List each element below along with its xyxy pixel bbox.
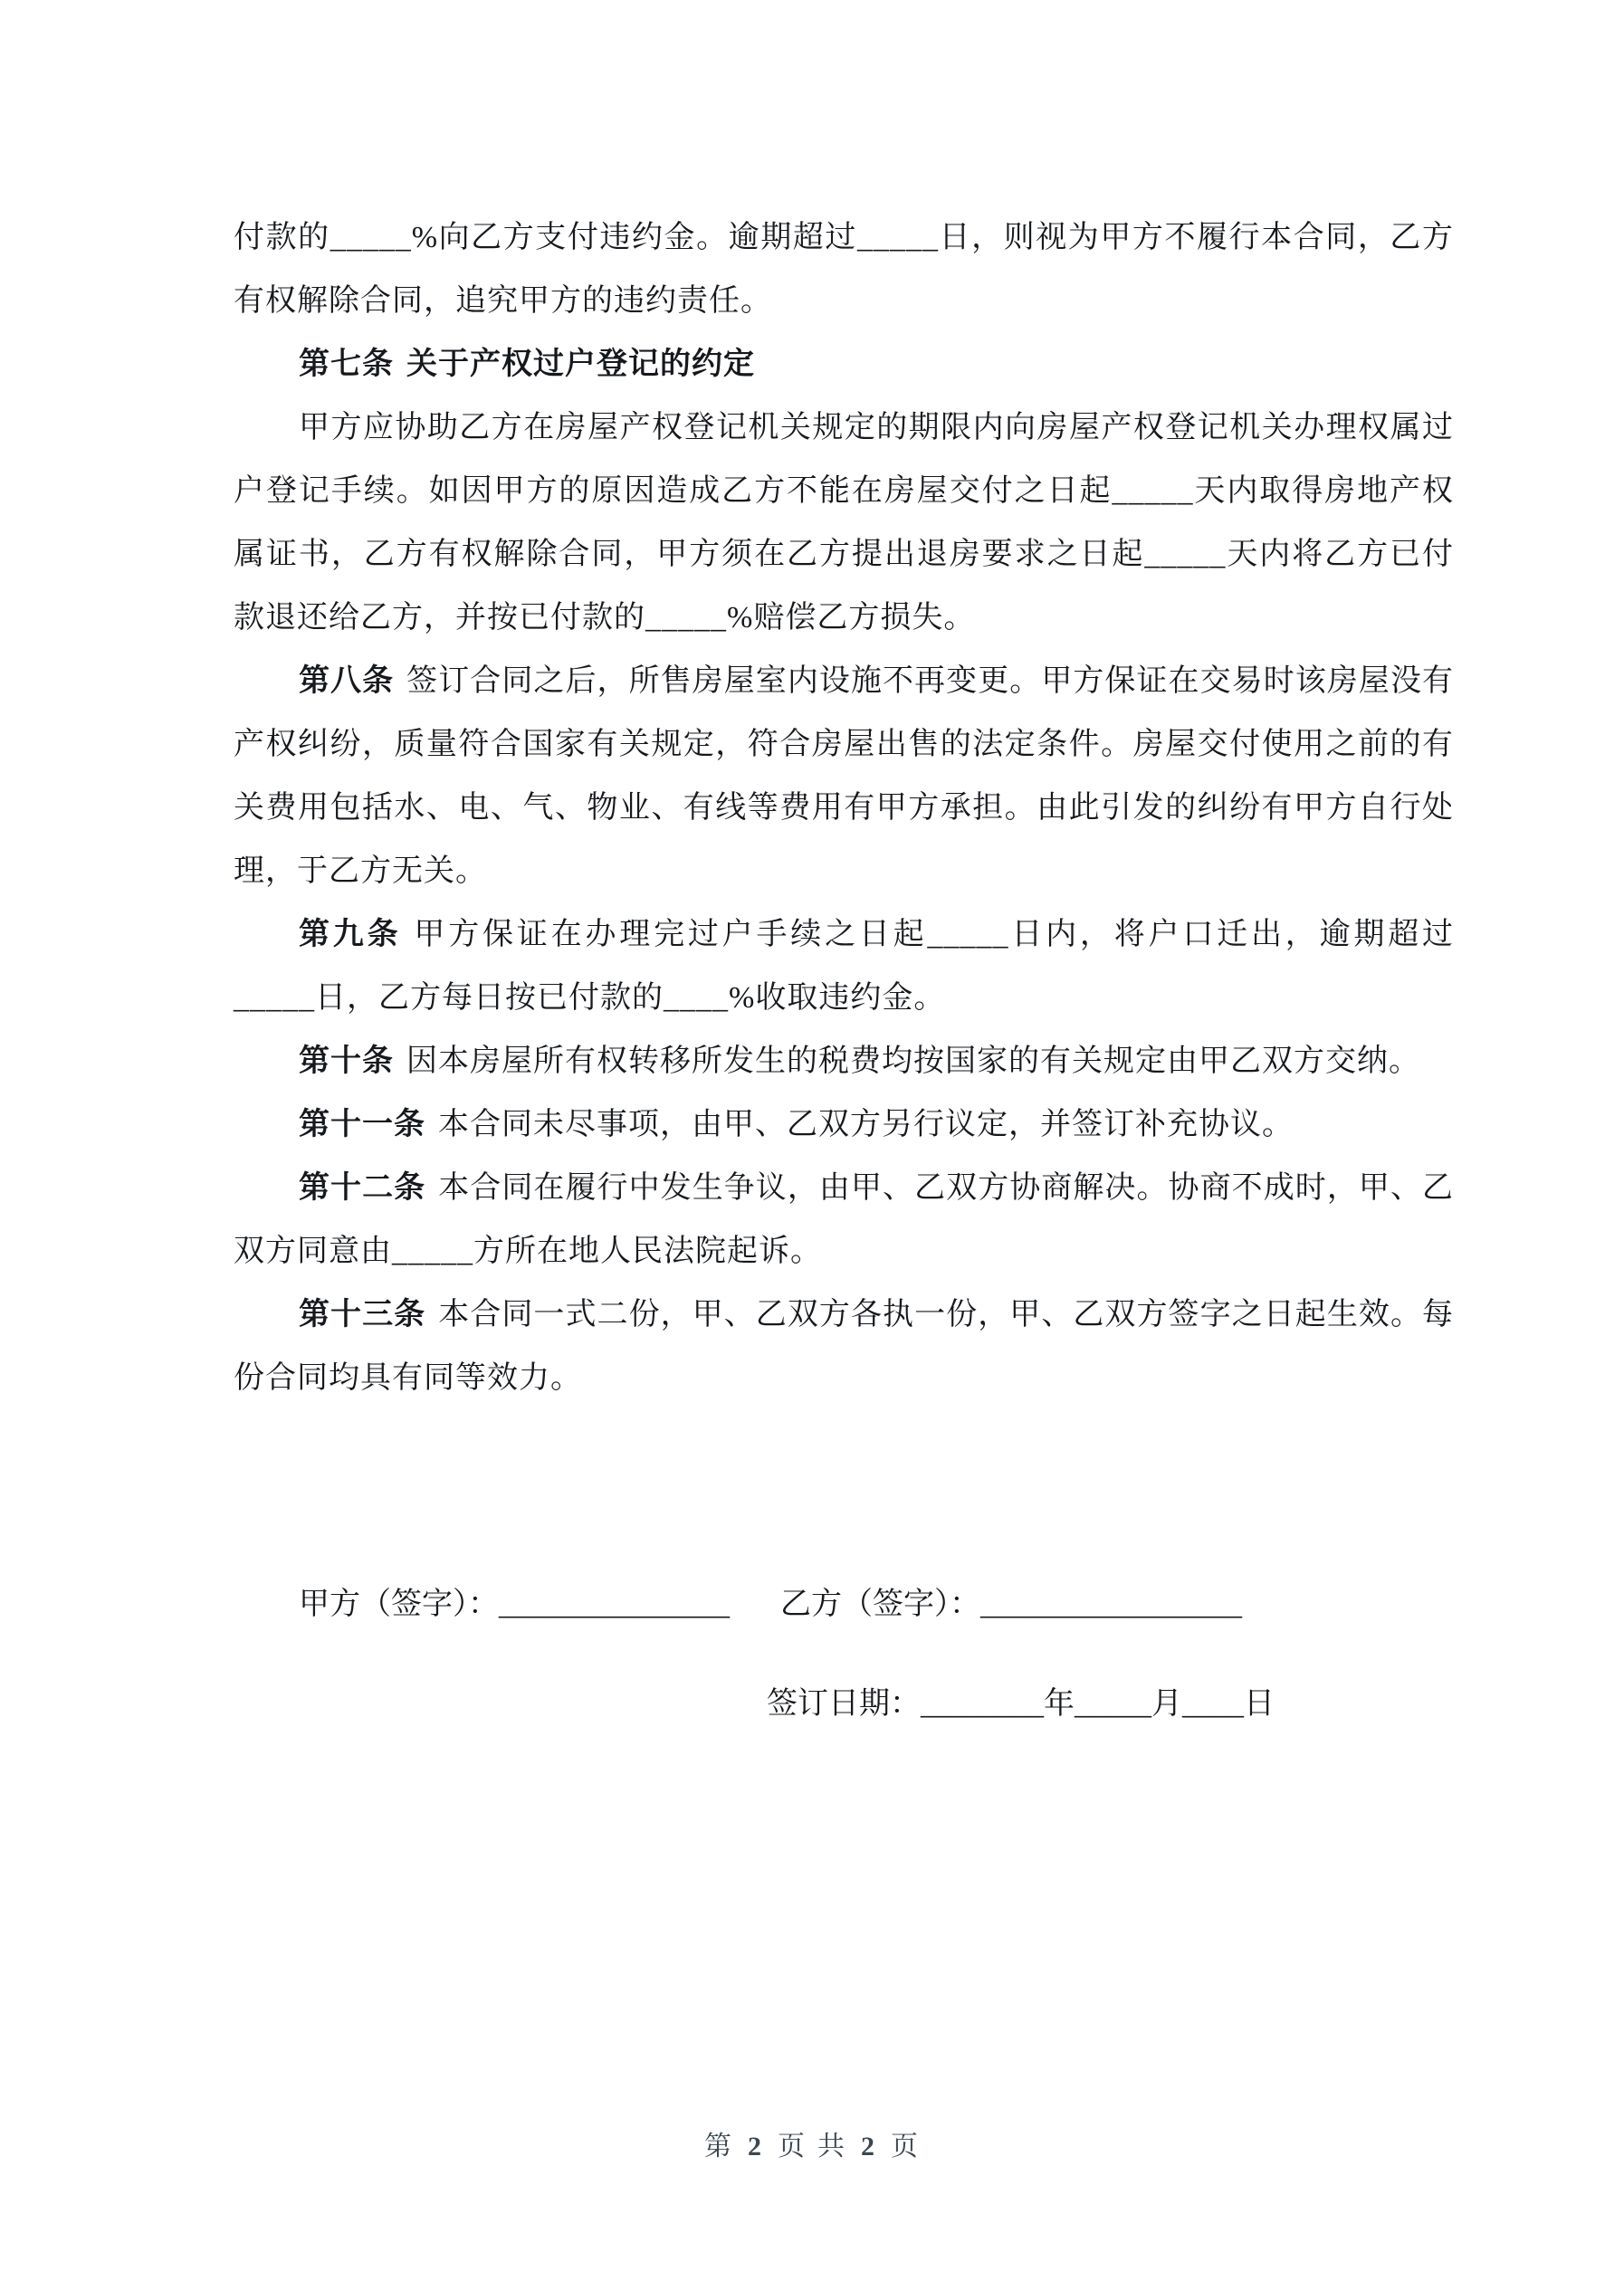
page-footer: 第2页共2页 (0, 2123, 1624, 2163)
clause-7-title: 关于产权过户登记的约定 (406, 348, 755, 381)
paragraph-text: 签订合同之后，所售房屋室内设施不再变更。甲方保证在交易时该房屋没有产权纠纷，质量… (234, 664, 1454, 888)
paragraph-text: 甲方保证在办理完过户手续之日起_____日内，将户口迁出，逾期超过_____日，… (234, 918, 1454, 1015)
party-b-signature-line: _________________ (980, 1588, 1242, 1621)
clause-10: 第十条因本房屋所有权转移所发生的税费均按国家的有关规定由甲乙双方交纳。 (234, 1030, 1454, 1093)
clause-11: 第十一条本合同未尽事项，由甲、乙双方另行议定，并签订补充协议。 (234, 1093, 1454, 1157)
contract-body: 付款的_____%向乙方支付违约金。逾期超过_____日，则视为甲方不履行本合同… (234, 206, 1454, 1736)
footer-total-pages: 2 (861, 2132, 876, 2161)
paragraph-text: 甲方应协助乙方在房屋产权登记机关规定的期限内向房屋产权登记机关办理权属过户登记手… (234, 411, 1454, 635)
clause-7-heading: 第七条关于产权过户登记的约定 (234, 333, 1454, 396)
footer-text: 页 (778, 2132, 807, 2161)
clause-9-label: 第九条 (299, 918, 401, 951)
party-a-signature-label: 甲方（签字）： (299, 1588, 499, 1621)
paragraph-text: 本合同未尽事项，由甲、乙双方另行议定，并签订补充协议。 (438, 1108, 1294, 1141)
clause-13-label: 第十三条 (299, 1298, 425, 1331)
paragraph-text: 付款的_____%向乙方支付违约金。逾期超过_____日，则视为甲方不履行本合同… (234, 221, 1454, 318)
clause-11-label: 第十一条 (299, 1108, 425, 1141)
signing-date-label: 签订日期： (767, 1687, 921, 1721)
clause-8: 第八条签订合同之后，所售房屋室内设施不再变更。甲方保证在交易时该房屋没有产权纠纷… (234, 650, 1454, 903)
clause-7-body: 甲方应协助乙方在房屋产权登记机关规定的期限内向房屋产权登记机关办理权属过户登记手… (234, 396, 1454, 650)
signing-date-row: 签订日期：________年_____月____日 (234, 1673, 1454, 1736)
clause-12: 第十二条本合同在履行中发生争议，由甲、乙双方协商解决。协商不成时，甲、乙双方同意… (234, 1157, 1454, 1283)
contract-page: 付款的_____%向乙方支付违约金。逾期超过_____日，则视为甲方不履行本合同… (0, 0, 1624, 2290)
clause-8-label: 第八条 (299, 664, 394, 698)
party-b-signature-label: 乙方（签字）： (780, 1588, 980, 1621)
signing-date-blanks: ________年_____月____日 (921, 1687, 1275, 1721)
footer-text: 页 (891, 2132, 920, 2161)
clause-10-label: 第十条 (299, 1045, 394, 1078)
clause-7-label: 第七条 (299, 348, 394, 381)
clause-9: 第九条甲方保证在办理完过户手续之日起_____日内，将户口迁出，逾期超过____… (234, 903, 1454, 1030)
clause-13: 第十三条本合同一式二份，甲、乙双方各执一份，甲、乙双方签字之日起生效。每份合同均… (234, 1283, 1454, 1410)
footer-text: 第 (704, 2132, 733, 2161)
clause-12-label: 第十二条 (299, 1171, 425, 1205)
paragraph-continuation: 付款的_____%向乙方支付违约金。逾期超过_____日，则视为甲方不履行本合同… (234, 206, 1454, 333)
paragraph-text: 因本房屋所有权转移所发生的税费均按国家的有关规定由甲乙双方交纳。 (406, 1045, 1420, 1078)
party-a-signature-line: _______________ (499, 1588, 730, 1621)
signature-row: 甲方（签字）：_______________乙方（签字）：___________… (234, 1573, 1454, 1636)
footer-page-number: 2 (748, 2132, 763, 2161)
footer-text: 共 (817, 2132, 846, 2161)
